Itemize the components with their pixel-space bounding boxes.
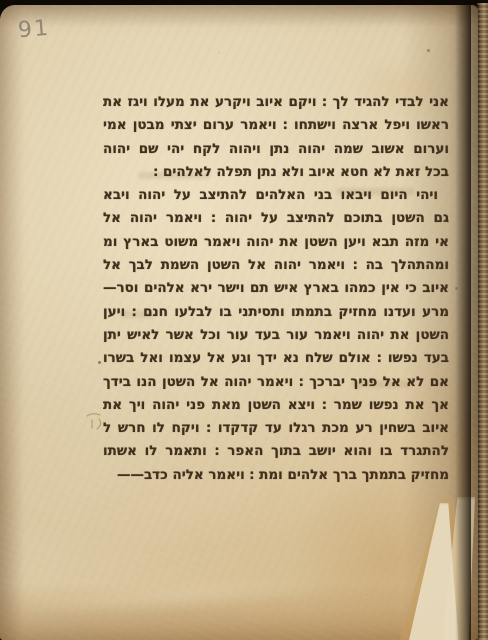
text-line: איוב בשחין רע מכת רגלו עד קדקדו ׃ ויקח ל… xyxy=(103,417,449,440)
text-line: גם השטן בתוכם להתיצב על יהוה ׃ ויאמר יהו… xyxy=(103,207,449,230)
folio-number: 91 xyxy=(17,16,51,44)
parchment-crease xyxy=(18,575,329,617)
text-line: ומהתהלך בה ׃ ויאמר יהוה אל השטן השמת לבך… xyxy=(103,254,449,277)
manuscript-photo: 91 אני לבדי להגיד לך ׃ ויקם איוב ויקרע א… xyxy=(0,0,488,640)
text-line: בעד נפשו ׃ אולם שלח נא ידך וגע אל עצמו ו… xyxy=(103,347,449,370)
text-line: אני לבדי להגיד לך ׃ ויקם איוב ויקרע את מ… xyxy=(103,91,449,114)
text-line: אם לא אל פניך יברכך ׃ ויאמר יהוה אל השטן… xyxy=(103,371,449,394)
manuscript-page: 91 אני לבדי להגיד לך ׃ ויקם איוב ויקרע א… xyxy=(0,5,478,640)
text-block: אני לבדי להגיד לך ׃ ויקם איוב ויקרע את מ… xyxy=(103,91,449,487)
text-line: ראשו ויפל ארצה וישתחו ׃ ויאמר ערום יצתי … xyxy=(103,114,449,137)
text-line: אי מזה תבא ויען השטן את יהוה ויאמר משוט … xyxy=(103,231,449,254)
text-line: השטן את יהוה ויאמר עור בעד עור וכל אשר ל… xyxy=(103,324,449,347)
text-line: אך את נפשו שמר ׃ ויצא השטן מאת פני יהוה … xyxy=(103,394,449,417)
text-line: מחזיק בתמתך ברך אלהים ומת ׃ ויאמר אליה כ… xyxy=(103,464,449,487)
text-line: איוב כי אין כמהו בארץ איש תם וישר ירא אל… xyxy=(103,277,449,300)
ink-specks xyxy=(0,5,3,8)
text-line: להתגרד בו והוא יושב בתוך האפר ׃ ותאמר לו… xyxy=(103,440,449,463)
text-line: בכל זאת לא חטא איוב ולא נתן תפלה לאלהים … xyxy=(103,161,449,184)
water-stain xyxy=(295,473,478,640)
book-fore-edge xyxy=(477,3,488,640)
text-line: ויהי היום ויבאו בני האלהים להתיצב על יהו… xyxy=(103,184,449,207)
binding-gutter-shadow xyxy=(455,5,471,640)
text-line: וערום אשוב שמה יהוה נתן ויהוה לקח יהי שם… xyxy=(103,138,449,161)
text-line: מרע ועדנו מחזיק בתמתו ותסיתני בו לבלעו ח… xyxy=(103,301,449,324)
